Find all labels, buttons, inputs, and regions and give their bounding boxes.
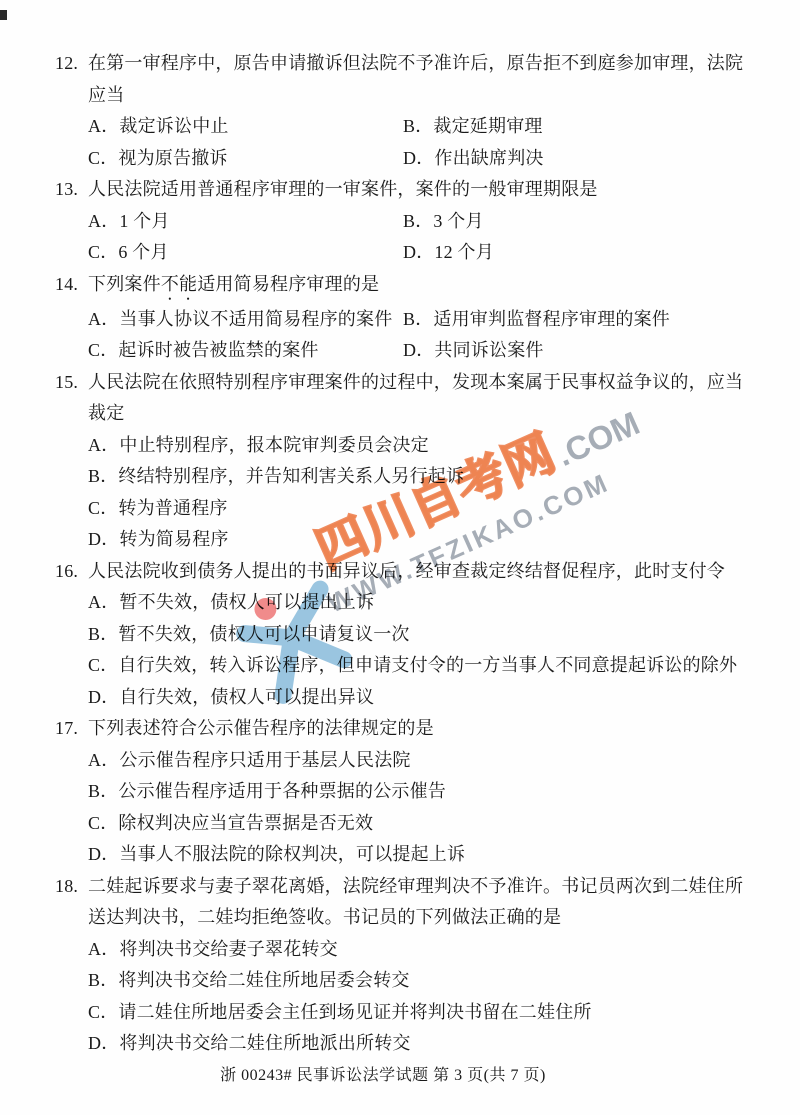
option-C: C．自行失效，转入诉讼程序，但申请支付令的一方当事人不同意提起诉讼的除外 [88, 650, 750, 682]
option-B: B．将判决书交给二娃住所地居委会转交 [88, 965, 750, 997]
option-B: B．裁定延期审理 [403, 111, 750, 143]
options-group: A．中止特别程序，报本院审判委员会决定B．终结特别程序，并告知利害关系人另行起诉… [55, 430, 750, 556]
option-D: D．作出缺席判决 [403, 143, 750, 175]
options-group: A．暂不失效，债权人可以提出上诉B．暂不失效，债权人可以申请复议一次C．自行失效… [55, 587, 750, 713]
question-stem: 人民法院适用普通程序审理的一审案件，案件的一般审理期限是 [88, 174, 750, 206]
question-block: 13.人民法院适用普通程序审理的一审案件，案件的一般审理期限是A．1 个月B．3… [55, 174, 750, 269]
option-D: D．转为简易程序 [88, 524, 750, 556]
options-group: A．将判决书交给妻子翠花转交B．将判决书交给二娃住所地居委会转交C．请二娃住所地… [55, 934, 750, 1060]
question-stem: 二娃起诉要求与妻子翠花离婚，法院经审理判决不予准许。书记员两次到二娃住所送达判决… [88, 871, 750, 934]
options-group: A．裁定诉讼中止B．裁定延期审理C．视为原告撤诉D．作出缺席判决 [55, 111, 750, 174]
option-D: D．将判决书交给二娃住所地派出所转交 [88, 1028, 750, 1060]
question-stem-row: 18.二娃起诉要求与妻子翠花离婚，法院经审理判决不予准许。书记员两次到二娃住所送… [55, 871, 750, 934]
option-C: C．转为普通程序 [88, 493, 750, 525]
option-A: A．裁定诉讼中止 [88, 111, 403, 143]
stem-text: 下列案件 [88, 274, 161, 294]
option-D: D．12 个月 [403, 237, 750, 269]
option-B: B．适用审判监督程序审理的案件 [403, 304, 750, 336]
question-block: 12.在第一审程序中，原告申请撤诉但法院不予准许后，原告拒不到庭参加审理，法院应… [55, 48, 750, 174]
question-block: 16.人民法院收到债务人提出的书面异议后，经审查裁定终结督促程序，此时支付令A．… [55, 556, 750, 714]
question-number: 17. [55, 713, 88, 745]
question-stem: 下列表述符合公示催告程序的法律规定的是 [88, 713, 750, 745]
question-number: 13. [55, 174, 88, 206]
option-A: A．1 个月 [88, 206, 403, 238]
option-A: A．公示催告程序只适用于基层人民法院 [88, 745, 750, 777]
question-stem-row: 13.人民法院适用普通程序审理的一审案件，案件的一般审理期限是 [55, 174, 750, 206]
question-stem-row: 12.在第一审程序中，原告申请撤诉但法院不予准许后，原告拒不到庭参加审理，法院应… [55, 48, 750, 111]
question-block: 18.二娃起诉要求与妻子翠花离婚，法院经审理判决不予准许。书记员两次到二娃住所送… [55, 871, 750, 1060]
question-block: 17.下列表述符合公示催告程序的法律规定的是A．公示催告程序只适用于基层人民法院… [55, 713, 750, 871]
options-group: A．公示催告程序只适用于基层人民法院B．公示催告程序适用于各种票据的公示催告C．… [55, 745, 750, 871]
exam-page: 12.在第一审程序中，原告申请撤诉但法院不予准许后，原告拒不到庭参加审理，法院应… [0, 0, 800, 1115]
question-stem-row: 16.人民法院收到债务人提出的书面异议后，经审查裁定终结督促程序，此时支付令 [55, 556, 750, 588]
option-B: B．公示催告程序适用于各种票据的公示催告 [88, 776, 750, 808]
option-D: D．当事人不服法院的除权判决，可以提起上诉 [88, 839, 750, 871]
option-A: A．暂不失效，债权人可以提出上诉 [88, 587, 750, 619]
options-group: A．当事人协议不适用简易程序的案件B．适用审判监督程序审理的案件C．起诉时被告被… [55, 304, 750, 367]
question-number: 16. [55, 556, 88, 588]
question-block: 15.人民法院在依照特别程序审理案件的过程中，发现本案属于民事权益争议的，应当裁… [55, 367, 750, 556]
page-footer: 浙 00243# 民事诉讼法学试题 第 3 页(共 7 页) [0, 1062, 783, 1085]
question-stem-row: 17.下列表述符合公示催告程序的法律规定的是 [55, 713, 750, 745]
question-number: 12. [55, 48, 88, 111]
question-stem-row: 14.下列案件不能适用简易程序审理的是 [55, 269, 750, 304]
question-stem: 人民法院在依照特别程序审理案件的过程中，发现本案属于民事权益争议的，应当裁定 [88, 367, 750, 430]
option-D: D．自行失效，债权人可以提出异议 [88, 682, 750, 714]
option-C: C．除权判决应当宣告票据是否无效 [88, 808, 750, 840]
option-C: C．视为原告撤诉 [88, 143, 403, 175]
questions-list: 12.在第一审程序中，原告申请撤诉但法院不予准许后，原告拒不到庭参加审理，法院应… [0, 0, 800, 1060]
option-A: A．将判决书交给妻子翠花转交 [88, 934, 750, 966]
option-C: C．6 个月 [88, 237, 403, 269]
option-B: B．终结特别程序，并告知利害关系人另行起诉 [88, 461, 750, 493]
stem-text: 适用简易程序审理的是 [197, 274, 379, 294]
stem-emphasized-text: 不能 [161, 274, 197, 294]
options-group: A．1 个月B．3 个月C．6 个月D．12 个月 [55, 206, 750, 269]
question-stem: 在第一审程序中，原告申请撤诉但法院不予准许后，原告拒不到庭参加审理，法院应当 [88, 48, 750, 111]
question-number: 15. [55, 367, 88, 430]
question-block: 14.下列案件不能适用简易程序审理的是A．当事人协议不适用简易程序的案件B．适用… [55, 269, 750, 367]
option-C: C．起诉时被告被监禁的案件 [88, 335, 403, 367]
question-stem: 人民法院收到债务人提出的书面异议后，经审查裁定终结督促程序，此时支付令 [88, 556, 750, 588]
question-number: 14. [55, 269, 88, 304]
option-B: B．3 个月 [403, 206, 750, 238]
option-A: A．中止特别程序，报本院审判委员会决定 [88, 430, 750, 462]
option-D: D．共同诉讼案件 [403, 335, 750, 367]
question-number: 18. [55, 871, 88, 934]
question-stem: 下列案件不能适用简易程序审理的是 [88, 269, 750, 304]
option-A: A．当事人协议不适用简易程序的案件 [88, 304, 403, 336]
option-B: B．暂不失效，债权人可以申请复议一次 [88, 619, 750, 651]
question-stem-row: 15.人民法院在依照特别程序审理案件的过程中，发现本案属于民事权益争议的，应当裁… [55, 367, 750, 430]
option-C: C．请二娃住所地居委会主任到场见证并将判决书留在二娃住所 [88, 997, 750, 1029]
